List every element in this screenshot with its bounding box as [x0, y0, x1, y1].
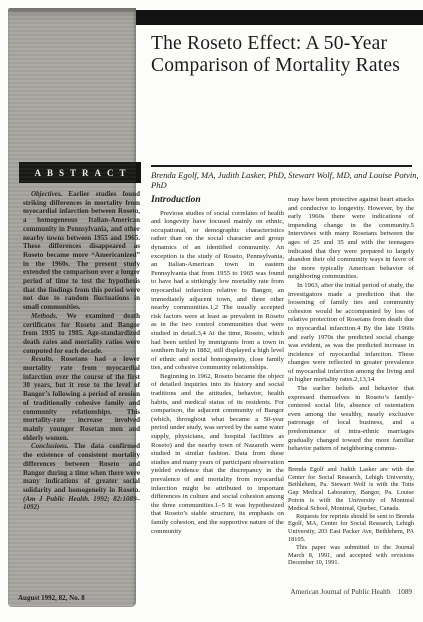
body-paragraph: Beginning in 1962, Roseto became the obj…	[151, 373, 284, 536]
abstract-objectives: Objectives. Earlier studies found striki…	[23, 190, 140, 312]
footer-journal-name: American Journal of Public Health	[290, 588, 390, 596]
body-paragraph: may have been protective against heart a…	[288, 196, 414, 282]
body-paragraph: Previous studies of social correlates of…	[151, 210, 284, 373]
body-paragraph: The earlier beliefs and behavior that ex…	[288, 385, 414, 454]
objectives-label: Objectives.	[31, 190, 62, 198]
abstract-body: Objectives. Earlier studies found striki…	[23, 190, 140, 512]
journal-page: ABSTRACT Objectives. Earlier studies fou…	[0, 0, 423, 622]
section-heading-introduction: Introduction	[151, 196, 284, 205]
footer-page-number: 1089	[398, 588, 412, 596]
footer-journal-info: American Journal of Public Health1089	[290, 588, 412, 596]
results-text: Rosetans had a lower mortality rate from…	[23, 355, 140, 441]
footer-issue-info: August 1992, 82, No. 8	[18, 594, 85, 602]
conclusions-label: Conclusions.	[31, 442, 69, 450]
header-rule-bar	[136, 10, 423, 25]
abstract-heading: ABSTRACT	[28, 168, 131, 178]
abstract-conclusions: Conclusions. The data confirmed the exis…	[23, 442, 140, 512]
results-label: Results.	[31, 355, 54, 363]
page-title: The Roseto Effect: A 50-Year Comparison …	[151, 33, 415, 77]
footnote-paragraph: Requests for reprints should be sent to …	[288, 513, 414, 544]
body-paragraph: In 1963, after the initial period of stu…	[288, 282, 414, 385]
author-divider	[151, 165, 412, 167]
methods-label: Methods.	[31, 312, 58, 320]
body-column-right: may have been protective against heart a…	[288, 196, 414, 567]
abstract-results: Results. Rosetans had a lower mortality …	[23, 355, 140, 442]
author-byline: Brenda Egolf, MA, Judith Lasker, PhD, St…	[151, 171, 421, 190]
objectives-text: Earlier studies found striking differenc…	[23, 190, 140, 311]
abstract-heading-bar: ABSTRACT	[19, 162, 141, 183]
abstract-citation: (Am J Public Health. 1992; 82:1089–1092)	[23, 495, 140, 512]
body-column-left: Introduction Previous studies of social …	[151, 196, 284, 536]
abstract-sidebar: ABSTRACT Objectives. Earlier studies fou…	[8, 8, 136, 607]
conclusions-text: The data confirmed the existence of cons…	[23, 442, 140, 494]
affiliations-footnote: Brenda Egolf and Judith Lasker are with …	[288, 461, 414, 567]
footnote-paragraph: This paper was submitted to the Journal …	[288, 544, 414, 567]
abstract-methods: Methods. We examined death certificates …	[23, 312, 140, 356]
footnote-paragraph: Brenda Egolf and Judith Lasker are with …	[288, 466, 414, 513]
